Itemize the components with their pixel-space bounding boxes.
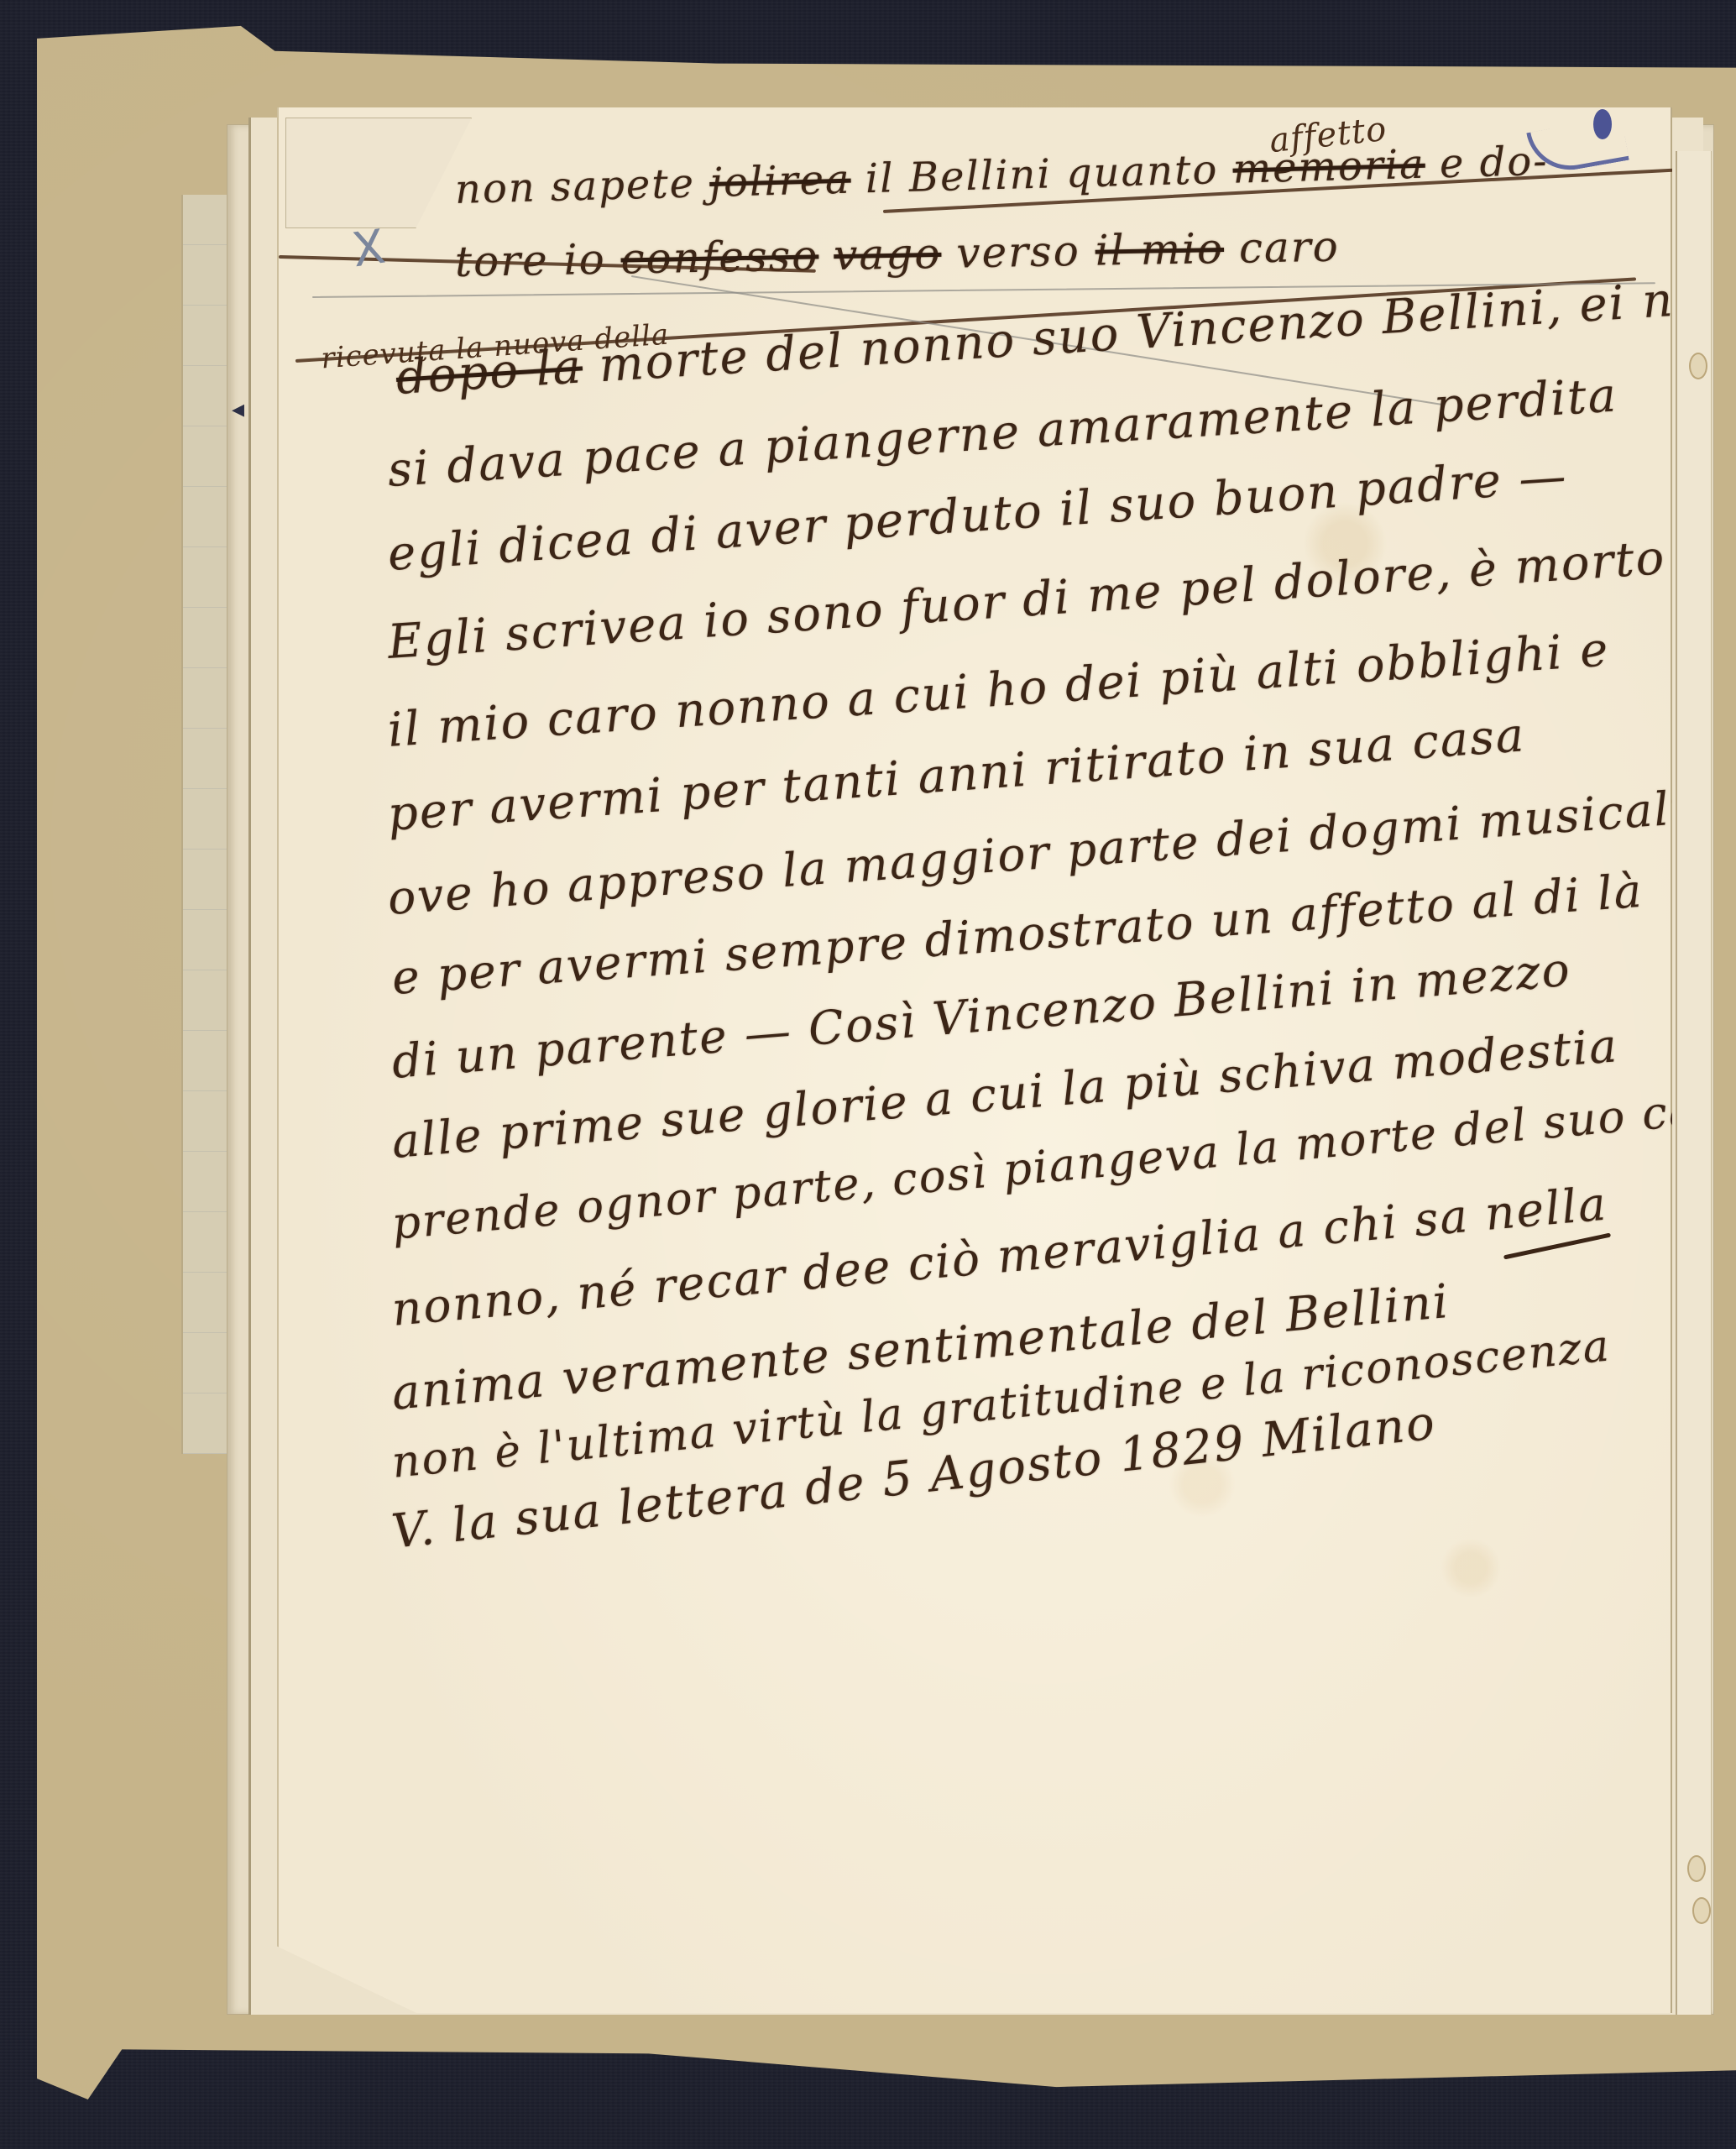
struck-word: dopo la: [395, 339, 584, 405]
header-text: non sapete: [454, 159, 710, 213]
manuscript-page: affetto non sapete jolirea il Bellini qu…: [277, 107, 1672, 2013]
struck-word: il mio: [1095, 224, 1224, 275]
header-line-1: non sapete jolirea il Bellini quanto mem…: [454, 138, 1549, 213]
struck-word: confesso: [620, 231, 819, 283]
binding-spine-strip: [1676, 151, 1712, 2015]
header-line-2: tore io confesso vago verso il mio caro: [454, 222, 1340, 286]
header-text: verso: [941, 227, 1095, 278]
binding-thread-knot: [1692, 1897, 1711, 1924]
header-text: caro: [1224, 222, 1341, 273]
binding-thread-knot: [1689, 353, 1707, 379]
blue-ink-blot: [1593, 109, 1612, 139]
margin-mark: ◂: [232, 395, 244, 424]
struck-word: jolirea: [709, 156, 851, 207]
header-text: [818, 231, 834, 280]
binding-thread-knot: [1687, 1855, 1706, 1882]
struck-word: vago: [834, 229, 942, 280]
